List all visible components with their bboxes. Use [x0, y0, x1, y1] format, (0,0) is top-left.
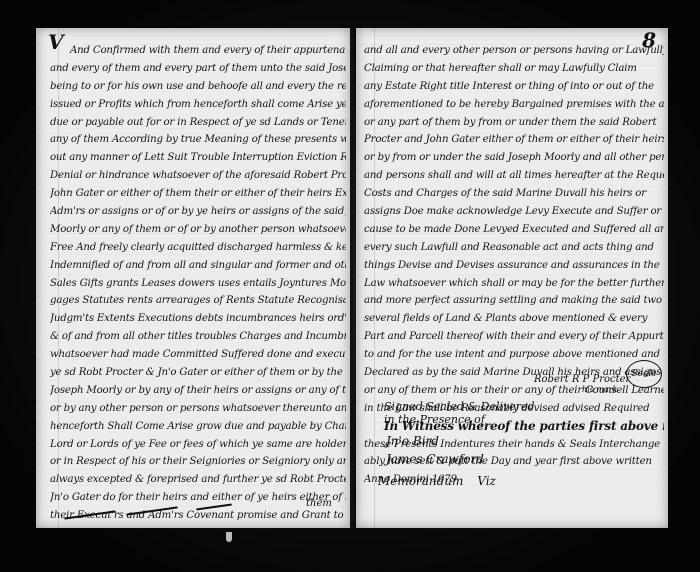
text-line: & of and from all other titles troubles …	[50, 328, 346, 346]
memorandum-label: Memorandum	[378, 474, 463, 488]
wax-seal: Seale	[626, 360, 662, 388]
text-line: any Estate Right title Interest or thing…	[364, 78, 664, 96]
text-line: out any manner of Lett Suit Trouble Inte…	[50, 149, 346, 167]
memorandum-heading: Memorandum Viz	[378, 474, 496, 488]
text-line: Judgm'ts Extents Executions debts incumb…	[50, 310, 346, 328]
mark-label: his mark	[582, 385, 630, 394]
text-line: Jn'o Gater do for their heirs and either…	[50, 489, 346, 507]
left-page-text: And Confirmed with them and every of the…	[50, 42, 346, 528]
text-line: Free And freely clearly acquitted discha…	[50, 239, 346, 257]
attestation-line: Signed Sealed & Delivered	[384, 400, 535, 413]
text-line: or any part of them by from or under the…	[364, 114, 664, 132]
text-line: always excepted & foreprised and further…	[50, 471, 346, 489]
text-line: Joseph Moorly or by any of their heirs o…	[50, 382, 346, 400]
text-line: ye sd Robt Procter & Jn'o Gater or eithe…	[50, 364, 346, 382]
text-line: John Gater or either of them their or ei…	[50, 185, 346, 203]
attestation-line: in the Presence of	[384, 413, 535, 426]
text-line: things Devise and Devises assurance and …	[364, 257, 664, 275]
text-line: being to or for his own use and behoofe …	[50, 78, 346, 96]
text-line: Adm'rs or assigns or of or by ye heirs o…	[50, 203, 346, 221]
text-line: any of them According by true Meaning of…	[50, 131, 346, 149]
text-line: And Confirmed with them and every of the…	[50, 42, 346, 60]
witness-name: Jn'o Bird	[386, 434, 439, 448]
text-line: aforementioned to be hereby Bargained pr…	[364, 96, 664, 114]
text-line: and more perfect assuring settling and m…	[364, 292, 664, 310]
text-line: Law whatsoever which shall or may be for…	[364, 275, 664, 293]
scanned-document: V And Confirmed with them and every of t…	[0, 0, 700, 572]
attestation-clause: Signed Sealed & Delivered in the Presenc…	[384, 400, 535, 426]
text-line: or by any other person or persons whatso…	[50, 400, 346, 418]
text-line: and all and every other person or person…	[364, 42, 664, 60]
text-line: every such Lawfull and Reasonable act an…	[364, 239, 664, 257]
memorandum-viz: Viz	[477, 474, 496, 488]
text-line: henceforth Shall Come Arise grow due and…	[50, 418, 346, 436]
seal-label: Seale	[631, 369, 656, 379]
text-line: several fields of Land & Plants above me…	[364, 310, 664, 328]
text-line: and every of them and every part of them…	[50, 60, 346, 78]
text-line: assigns Doe make acknowledge Levy Execut…	[364, 203, 664, 221]
text-line: whatsoever had made Committed Suffered d…	[50, 346, 346, 364]
text-line: cause to be made Done Levyed Executed an…	[364, 221, 664, 239]
text-line: or by from or under the said Joseph Moor…	[364, 149, 664, 167]
text-line: Claiming or that hereafter shall or may …	[364, 60, 664, 78]
text-line: Sales Gifts grants Leases dowers uses en…	[50, 275, 346, 293]
text-line: or in Respect of his or their Seigniorie…	[50, 453, 346, 471]
text-line: Procter and John Gater either of them or…	[364, 131, 664, 149]
text-line: issued or Profits which from henceforth …	[50, 96, 346, 114]
right-page: 8 and all and every other person or pers…	[356, 28, 668, 528]
text-line: Part and Parcell thereof with their and …	[364, 328, 664, 346]
text-line: Lord or Lords of ye Fee or fees of which…	[50, 436, 346, 454]
text-line: to and for the use intent and purpose ab…	[364, 346, 664, 364]
signature-block: Robert R P Procter his mark	[534, 374, 630, 394]
text-line: Indemnified of and from all and singular…	[50, 257, 346, 275]
catchword: them	[306, 498, 332, 509]
text-line: and persons shall and will at all times …	[364, 167, 664, 185]
text-line: due or payable out for or in Respect of …	[50, 114, 346, 132]
left-page: V And Confirmed with them and every of t…	[36, 28, 353, 528]
text-line: Denial or hindrance whatsoever of the af…	[50, 167, 346, 185]
text-line: Moorly or any of them or of or by anothe…	[50, 221, 346, 239]
witness-name: James Crawford	[386, 452, 484, 466]
text-line: gages Statutes rents arrearages of Rents…	[50, 292, 346, 310]
text-line: Costs and Charges of the said Marine Duv…	[364, 185, 664, 203]
signatory-name: Robert R P Procter	[534, 374, 630, 385]
binding-clip	[226, 532, 232, 542]
text-line: Moorly Suvall his heirs and assigns by t…	[50, 525, 346, 528]
